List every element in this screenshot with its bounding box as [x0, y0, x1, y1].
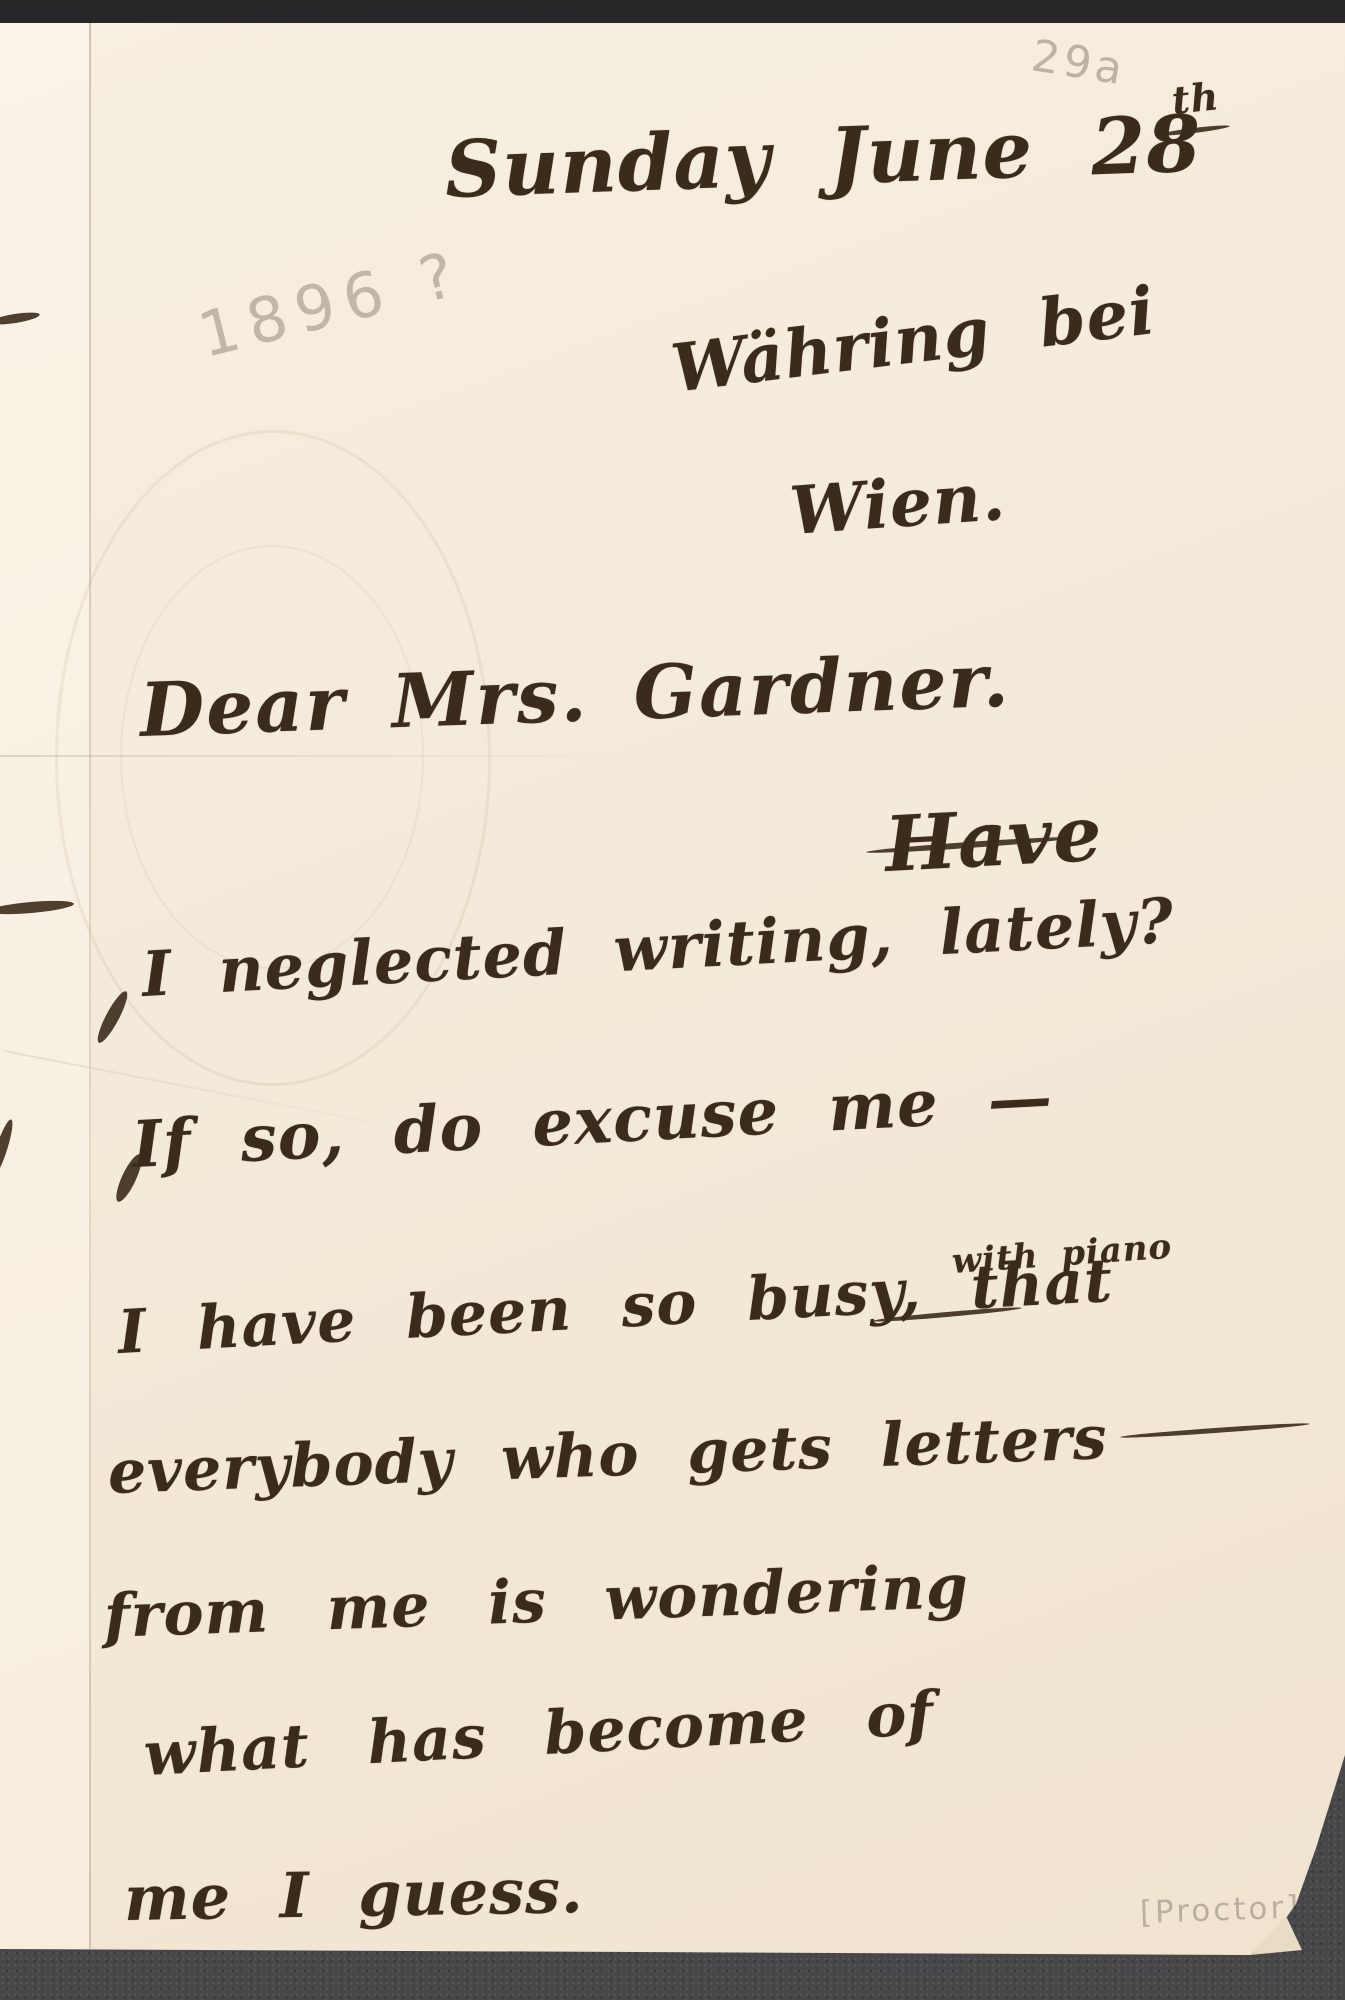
place-line-1: Währing bei	[667, 271, 1159, 408]
body-line-7: me I guess.	[123, 1854, 584, 1935]
vertical-fold-line	[89, 23, 91, 1949]
salutation: Dear Mrs. Gardner.	[138, 638, 1011, 754]
date-ordinal: th	[1170, 73, 1222, 123]
ink-fragment-3	[93, 988, 132, 1045]
page-number-annotation: 29a	[1028, 30, 1130, 95]
body-line-2: If so, do excuse me —	[130, 1060, 1055, 1183]
body-line-4: everybody who gets letters	[107, 1403, 1109, 1508]
body-opening-word: Have	[883, 789, 1105, 889]
letter-paper: 29a 1896 ? [Proctor] Sunday June 28 th W…	[0, 0, 1345, 2000]
body-line-3: I have been so busy, that	[116, 1246, 1114, 1368]
attribution-annotation: [Proctor]	[1139, 1889, 1301, 1931]
body-line-1: I neglected writing, lately?	[140, 884, 1176, 1011]
background-top-band	[0, 0, 1345, 23]
scanned-letter-background: 29a 1896 ? [Proctor] Sunday June 28 th W…	[0, 0, 1345, 2000]
year-annotation: 1896 ?	[191, 236, 471, 372]
folded-page-left-panel	[0, 23, 90, 1949]
date-line: Sunday June 28	[443, 99, 1203, 216]
embossed-watermark-inner	[120, 545, 424, 969]
body-line-5: from me is wondering	[103, 1552, 970, 1652]
place-line-2: Wien.	[787, 457, 1008, 550]
body-line-6: what has become of	[142, 1679, 936, 1790]
ink-flourish-letters-bar	[1120, 1421, 1310, 1439]
horizontal-crease	[0, 755, 640, 757]
